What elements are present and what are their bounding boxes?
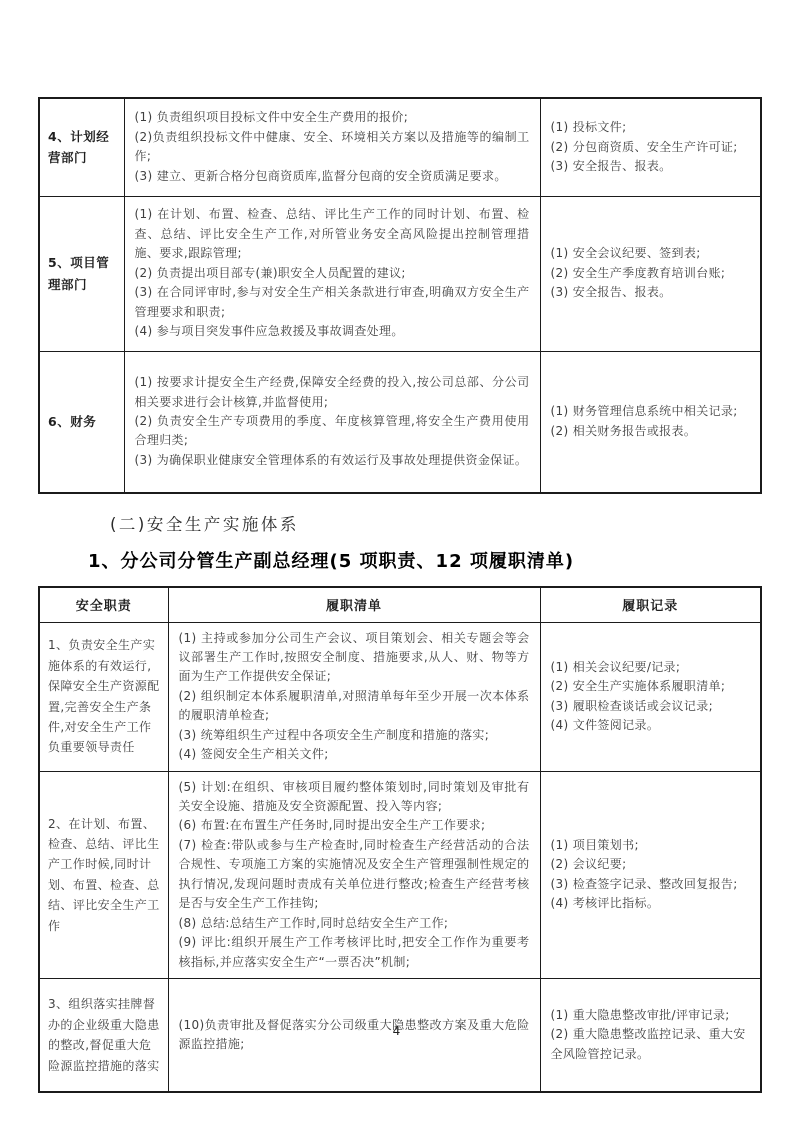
dept-name-cell: 5、项目管理部门 xyxy=(39,196,124,351)
page-number: 4 xyxy=(0,1024,793,1038)
dept-name-cell: 4、计划经营部门 xyxy=(39,98,124,196)
records-cell: (1) 相关会议纪要/记录; (2) 安全生产实施体系履职清单; (3) 履职检… xyxy=(540,622,761,771)
column-header-records: 履职记录 xyxy=(540,587,761,622)
sub-heading: 1、分公司分管生产副总经理(5 项职责、12 项履职清单) xyxy=(88,548,793,576)
section-heading: (二)安全生产实施体系 xyxy=(110,512,793,538)
duties-cell: (1) 按要求计提安全生产经费,保障安全经费的投入,按公司总部、分公司相关要求进… xyxy=(124,351,540,493)
duties-cell: (1) 在计划、布置、检查、总结、评比生产工作的同时计划、布置、检查、总结、评比… xyxy=(124,196,540,351)
records-cell: (1) 项目策划书; (2) 会议纪要; (3) 检查签字记录、整改回复报告; … xyxy=(540,771,761,978)
table-row-dept-6: 6、财务 (1) 按要求计提安全生产经费,保障安全经费的投入,按公司总部、分公司… xyxy=(39,351,761,493)
records-cell: (1) 安全会议纪要、签到表; (2) 安全生产季度教育培训台账; (3) 安全… xyxy=(540,196,761,351)
table-header-row: 安全职责 履职清单 履职记录 xyxy=(39,587,761,622)
records-cell: (1) 财务管理信息系统中相关记录; (2) 相关财务报告或报表。 xyxy=(540,351,761,493)
table-row-dept-5: 5、项目管理部门 (1) 在计划、布置、检查、总结、评比生产工作的同时计划、布置… xyxy=(39,196,761,351)
checklist-cell: (5) 计划:在组织、审核项目履约整体策划时,同时策划及审批有关安全设施、措施及… xyxy=(168,771,540,978)
column-header-checklist: 履职清单 xyxy=(168,587,540,622)
duty-cell: 1、负责安全生产实施体系的有效运行,保障安全生产资源配置,完善安全生产条件,对安… xyxy=(39,622,168,771)
records-cell: (1) 投标文件; (2) 分包商资质、安全生产许可证; (3) 安全报告、报表… xyxy=(540,98,761,196)
department-duty-table: 4、计划经营部门 (1) 负责组织项目投标文件中安全生产费用的报价; (2)负责… xyxy=(38,97,762,494)
duty-cell: 2、在计划、布置、检查、总结、评比生产工作时候,同时计划、布置、检查、总结、评比… xyxy=(39,771,168,978)
duties-cell: (1) 负责组织项目投标文件中安全生产费用的报价; (2)负责组织投标文件中健康… xyxy=(124,98,540,196)
table-row-dept-4: 4、计划经营部门 (1) 负责组织项目投标文件中安全生产费用的报价; (2)负责… xyxy=(39,98,761,196)
responsibility-table: 安全职责 履职清单 履职记录 1、负责安全生产实施体系的有效运行,保障安全生产资… xyxy=(38,586,762,1093)
document-page: 4、计划经营部门 (1) 负责组织项目投标文件中安全生产费用的报价; (2)负责… xyxy=(0,0,793,1122)
table-row-duty-2: 2、在计划、布置、检查、总结、评比生产工作时候,同时计划、布置、检查、总结、评比… xyxy=(39,771,761,978)
column-header-duty: 安全职责 xyxy=(39,587,168,622)
dept-name-cell: 6、财务 xyxy=(39,351,124,493)
table-row-duty-1: 1、负责安全生产实施体系的有效运行,保障安全生产资源配置,完善安全生产条件,对安… xyxy=(39,622,761,771)
checklist-cell: (1) 主持或参加分公司生产会议、项目策划会、相关专题会等会议部署生产工作时,按… xyxy=(168,622,540,771)
